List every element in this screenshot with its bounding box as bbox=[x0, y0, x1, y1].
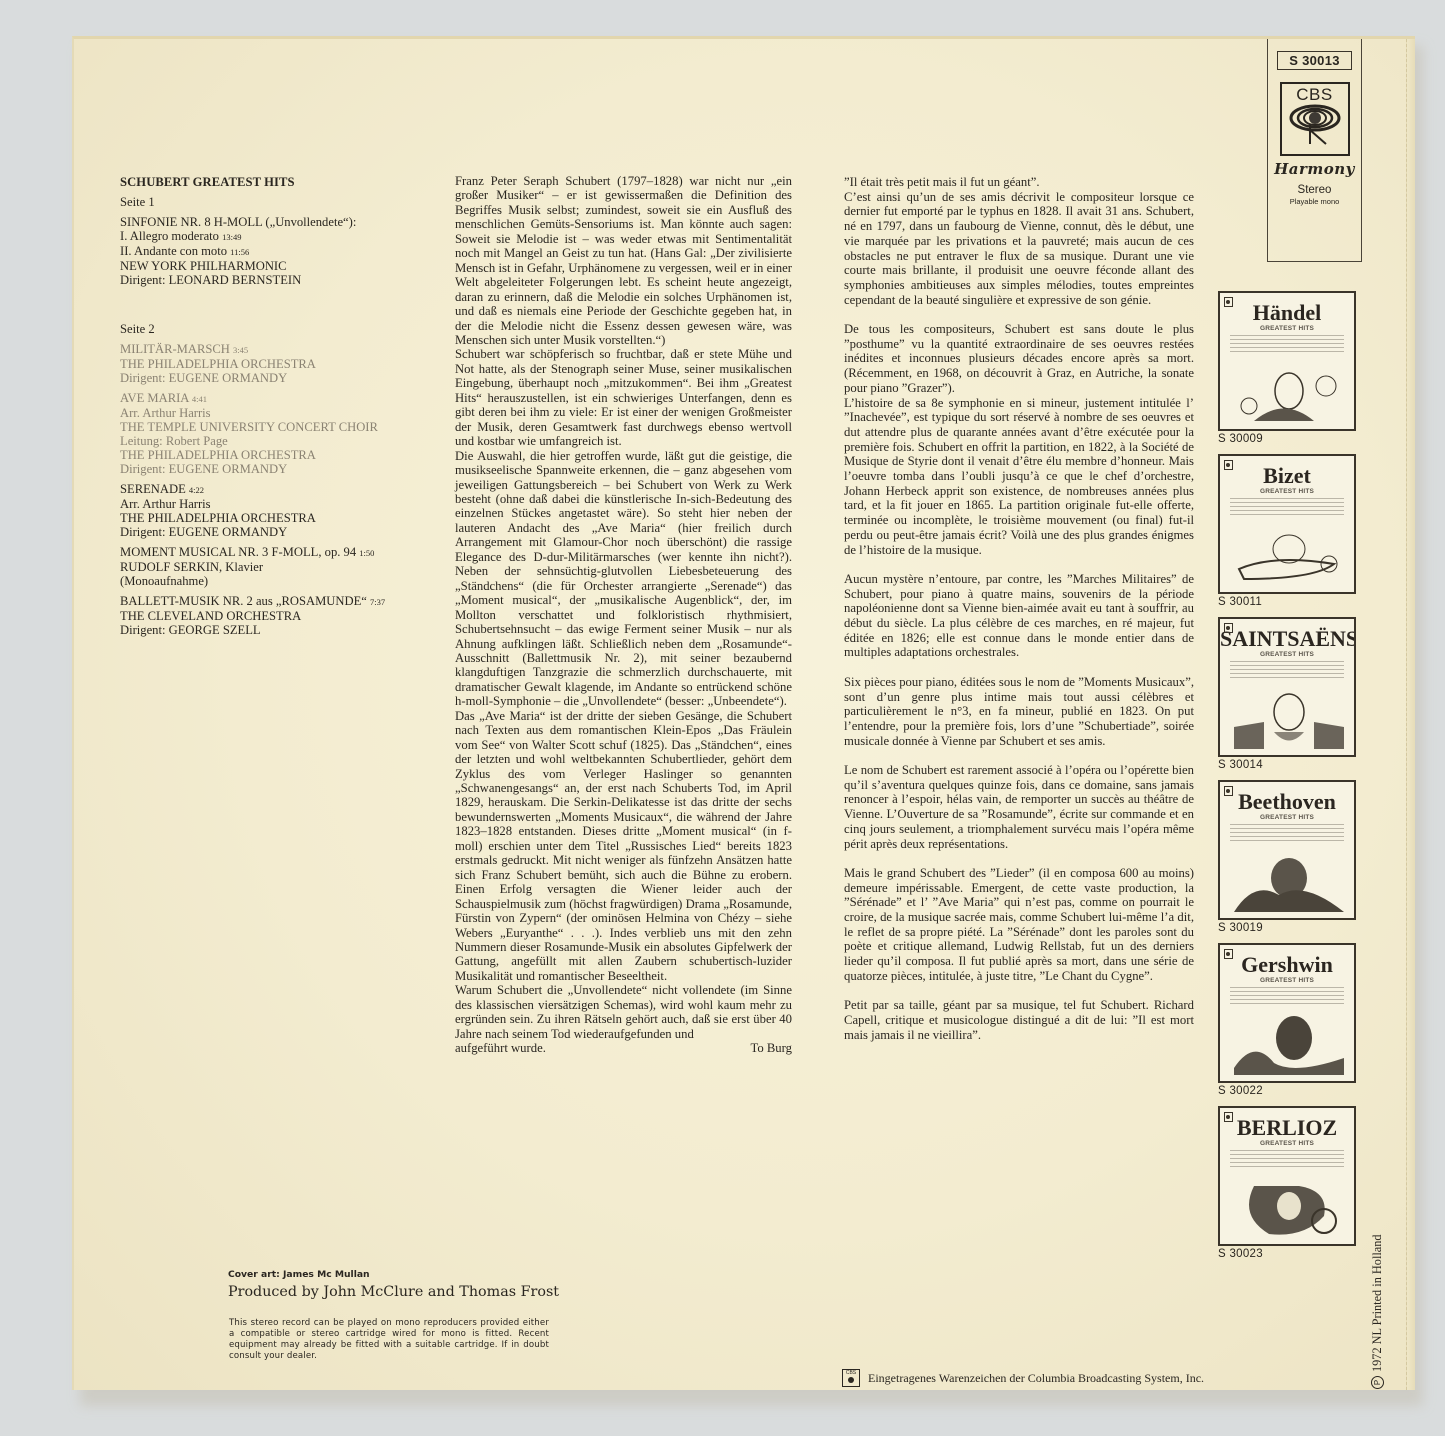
track-entry: MOMENT MUSICAL NR. 3 F-MOLL, op. 94 1:50… bbox=[120, 545, 440, 588]
thumbnail-credits bbox=[1230, 661, 1344, 679]
catalog-item: Beethoven GREATEST HITS S 30019 bbox=[1218, 780, 1358, 934]
tracklist: SCHUBERT GREATEST HITS Seite 1 SINFONIE … bbox=[120, 175, 440, 643]
track-line: THE TEMPLE UNIVERSITY CONCERT CHOIR bbox=[120, 420, 440, 434]
french-paragraph: De tous les compositeurs, Schubert est s… bbox=[844, 322, 1194, 396]
stereo-label: Stereo bbox=[1268, 184, 1361, 196]
liner-notes-german: Franz Peter Seraph Schubert (1797–1828) … bbox=[455, 174, 792, 1056]
copyright-text: 1972 NL Printed in Holland bbox=[1370, 1234, 1384, 1372]
catalog-item-number: S 30023 bbox=[1218, 1248, 1358, 1260]
album-cover-thumbnail: SAINTSAËNS GREATEST HITS bbox=[1218, 617, 1356, 757]
track-duration: 11:56 bbox=[230, 247, 249, 257]
label-box: S 30013 CBS Harmony Stereo Playable mono bbox=[1267, 39, 1362, 262]
french-paragraph: C’est ainsi qu’un de ses amis décrivit l… bbox=[844, 190, 1194, 308]
track-line: Arr. Arthur Harris bbox=[120, 406, 440, 420]
track-line: SINFONIE NR. 8 H-MOLL („Unvollendete“): bbox=[120, 215, 440, 229]
track-line: THE CLEVELAND ORCHESTRA bbox=[120, 609, 440, 623]
track-line: (Monoaufnahme) bbox=[120, 574, 440, 588]
track-entry: SINFONIE NR. 8 H-MOLL („Unvollendete“): … bbox=[120, 215, 440, 287]
producer-credit: Produced by John McClure and Thomas Fros… bbox=[228, 1284, 559, 1300]
german-paragraph: Franz Peter Seraph Schubert (1797–1828) … bbox=[455, 174, 792, 347]
catalog-item: SAINTSAËNS GREATEST HITS S 30014 bbox=[1218, 617, 1358, 771]
trademark-notice: CBS Eingetragenes Warenzeichen der Colum… bbox=[842, 1369, 1204, 1387]
thumbnail-subtitle: GREATEST HITS bbox=[1220, 977, 1354, 984]
side-1-label: Seite 1 bbox=[120, 195, 440, 209]
track-entry: MILITÄR-MARSCH 3:45THE PHILADELPHIA ORCH… bbox=[120, 342, 440, 385]
thumbnail-subtitle: GREATEST HITS bbox=[1220, 1140, 1354, 1147]
thumbnail-credits bbox=[1230, 335, 1344, 353]
track-line: II. Andante con moto 11:56 bbox=[120, 244, 440, 259]
thumbnail-composer: Händel bbox=[1220, 301, 1354, 325]
track-line: Dirigent: GEORGE SZELL bbox=[120, 623, 440, 637]
playable-mono-label: Playable mono bbox=[1268, 197, 1361, 206]
german-paragraph: Die Auswahl, die hier getroffen wurde, l… bbox=[455, 449, 792, 709]
catalog-item-number: S 30022 bbox=[1218, 1085, 1358, 1097]
track-entry: SERENADE 4:22Arr. Arthur HarrisTHE PHILA… bbox=[120, 482, 440, 539]
track-line: MOMENT MUSICAL NR. 3 F-MOLL, op. 94 1:50 bbox=[120, 545, 440, 560]
cbs-logo-icon: CBS bbox=[842, 1369, 860, 1387]
track-duration: 7:37 bbox=[370, 597, 385, 607]
side-2-tracks: MILITÄR-MARSCH 3:45THE PHILADELPHIA ORCH… bbox=[120, 342, 440, 637]
thumbnail-credits bbox=[1230, 987, 1344, 1005]
catalog-item: Gershwin GREATEST HITS S 30022 bbox=[1218, 943, 1358, 1097]
stereo-compatibility-note: This stereo record can be played on mono… bbox=[229, 1318, 549, 1362]
thumbnail-subtitle: GREATEST HITS bbox=[1220, 651, 1354, 658]
track-line: MILITÄR-MARSCH 3:45 bbox=[120, 342, 440, 357]
harmony-label: Harmony bbox=[1268, 160, 1361, 178]
catalog-list: Händel GREATEST HITS S 30009 Bizet GREAT… bbox=[1218, 291, 1358, 1269]
album-cover-thumbnail: Händel GREATEST HITS bbox=[1218, 291, 1356, 431]
copyright-notice: P1972 NL Printed in Holland bbox=[1370, 1234, 1385, 1389]
catalog-item: Händel GREATEST HITS S 30009 bbox=[1218, 291, 1358, 445]
album-cover-thumbnail: Bizet GREATEST HITS bbox=[1218, 454, 1356, 594]
composer-portrait-illustration bbox=[1234, 1013, 1344, 1075]
catalog-item-number: S 30014 bbox=[1218, 759, 1358, 771]
track-line: THE PHILADELPHIA ORCHESTRA bbox=[120, 448, 440, 462]
composer-portrait-illustration bbox=[1234, 361, 1344, 423]
record-sleeve-back: SCHUBERT GREATEST HITS Seite 1 SINFONIE … bbox=[72, 36, 1415, 1390]
thumbnail-subtitle: GREATEST HITS bbox=[1220, 325, 1354, 332]
album-title: SCHUBERT GREATEST HITS bbox=[120, 175, 440, 189]
french-paragraph: Petit par sa taille, géant par sa musiqu… bbox=[844, 998, 1194, 1042]
thumbnail-credits bbox=[1230, 498, 1344, 516]
catalog-item-number: S 30011 bbox=[1218, 596, 1358, 608]
thumbnail-composer: BERLIOZ bbox=[1220, 1116, 1354, 1140]
french-paragraph: Le nom de Schubert est rarement associé … bbox=[844, 763, 1194, 851]
composer-portrait-illustration bbox=[1234, 850, 1344, 912]
catalog-item: BERLIOZ GREATEST HITS S 30023 bbox=[1218, 1106, 1358, 1260]
thumbnail-credits bbox=[1230, 824, 1344, 842]
french-paragraph: Six pièces pour piano, éditées sous le n… bbox=[844, 675, 1194, 749]
track-line: Dirigent: EUGENE ORMANDY bbox=[120, 525, 440, 539]
track-line: THE PHILADELPHIA ORCHESTRA bbox=[120, 357, 440, 371]
track-entry: AVE MARIA 4:41Arr. Arthur HarrisTHE TEMP… bbox=[120, 391, 440, 476]
trademark-text: Eingetragenes Warenzeichen der Columbia … bbox=[868, 1371, 1204, 1386]
side-2-label: Seite 2 bbox=[120, 322, 440, 336]
thumbnail-subtitle: GREATEST HITS bbox=[1220, 488, 1354, 495]
catalog-number: S 30013 bbox=[1277, 51, 1352, 70]
track-line: Dirigent: EUGENE ORMANDY bbox=[120, 462, 440, 476]
track-line: Dirigent: EUGENE ORMANDY bbox=[120, 371, 440, 385]
cover-art-credit: Cover art: James Mc Mullan bbox=[228, 1269, 370, 1280]
cbs-logo-icon bbox=[1224, 949, 1233, 959]
french-paragraph: Mais le grand Schubert des ”Lieder” (il … bbox=[844, 866, 1194, 984]
phonogram-copyright-icon: P bbox=[1371, 1376, 1384, 1389]
thumbnail-subtitle: GREATEST HITS bbox=[1220, 814, 1354, 821]
track-duration: 3:45 bbox=[233, 345, 248, 355]
track-duration: 4:41 bbox=[192, 394, 207, 404]
cbs-eye-icon bbox=[1288, 104, 1342, 150]
german-paragraph: Schubert war schöpferisch so fruchtbar, … bbox=[455, 347, 792, 448]
track-entry: BALLETT-MUSIK NR. 2 aus „ROSAMUNDE“ 7:37… bbox=[120, 594, 440, 637]
author: To Burg bbox=[750, 1041, 792, 1055]
thumbnail-composer: Beethoven bbox=[1220, 790, 1354, 814]
catalog-item: Bizet GREATEST HITS S 30011 bbox=[1218, 454, 1358, 608]
album-cover-thumbnail: BERLIOZ GREATEST HITS bbox=[1218, 1106, 1356, 1246]
track-duration: 4:22 bbox=[189, 485, 204, 495]
french-paragraph: ”Il était très petit mais il fut un géan… bbox=[844, 175, 1194, 190]
track-line: THE PHILADELPHIA ORCHESTRA bbox=[120, 511, 440, 525]
track-duration: 13:49 bbox=[222, 232, 241, 242]
cbs-logo-icon bbox=[1224, 460, 1233, 470]
track-line: AVE MARIA 4:41 bbox=[120, 391, 440, 406]
french-paragraph: L’histoire de sa 8e symphonie en si mine… bbox=[844, 396, 1194, 558]
sleeve-edge bbox=[1406, 39, 1415, 1390]
track-line: BALLETT-MUSIK NR. 2 aus „ROSAMUNDE“ 7:37 bbox=[120, 594, 440, 609]
track-line: Arr. Arthur Harris bbox=[120, 497, 440, 511]
catalog-item-number: S 30009 bbox=[1218, 433, 1358, 445]
album-cover-thumbnail: Beethoven GREATEST HITS bbox=[1218, 780, 1356, 920]
liner-notes-french: ”Il était très petit mais il fut un géan… bbox=[844, 175, 1194, 1057]
thumbnail-credits bbox=[1230, 1150, 1344, 1168]
composer-portrait-illustration bbox=[1234, 1176, 1344, 1238]
track-line: RUDOLF SERKIN, Klavier bbox=[120, 560, 440, 574]
cbs-eye-logo-icon: CBS bbox=[1280, 82, 1350, 156]
cbs-logo-icon bbox=[1224, 1112, 1233, 1122]
thumbnail-composer: Bizet bbox=[1220, 464, 1354, 488]
side-1-tracks: SINFONIE NR. 8 H-MOLL („Unvollendete“): … bbox=[120, 215, 440, 287]
catalog-item-number: S 30019 bbox=[1218, 922, 1358, 934]
german-last-line: aufgeführt wurde. bbox=[455, 1041, 546, 1055]
composer-portrait-illustration bbox=[1234, 687, 1344, 749]
track-line: I. Allegro moderato 13:49 bbox=[120, 229, 440, 244]
track-line: SERENADE 4:22 bbox=[120, 482, 440, 497]
track-line: Dirigent: LEONARD BERNSTEIN bbox=[120, 273, 440, 287]
german-signature-line: aufgeführt wurde. To Burg bbox=[455, 1041, 792, 1055]
german-paragraph: Das „Ave Maria“ ist der dritte der siebe… bbox=[455, 709, 792, 984]
composer-portrait-illustration bbox=[1234, 524, 1344, 586]
german-paragraph: Warum Schubert die „Unvollendete“ nicht … bbox=[455, 983, 792, 1041]
album-cover-thumbnail: Gershwin GREATEST HITS bbox=[1218, 943, 1356, 1083]
french-paragraph: Aucun mystère n’entoure, par contre, les… bbox=[844, 572, 1194, 660]
cbs-logo-icon bbox=[1224, 623, 1233, 633]
cbs-logo-icon bbox=[1224, 297, 1233, 307]
thumbnail-composer: Gershwin bbox=[1220, 953, 1354, 977]
thumbnail-composer: SAINTSAËNS bbox=[1220, 627, 1354, 651]
track-duration: 1:50 bbox=[359, 548, 374, 558]
cbs-logo-icon bbox=[1224, 786, 1233, 796]
track-line: Leitung: Robert Page bbox=[120, 434, 440, 448]
track-line: NEW YORK PHILHARMONIC bbox=[120, 259, 440, 273]
